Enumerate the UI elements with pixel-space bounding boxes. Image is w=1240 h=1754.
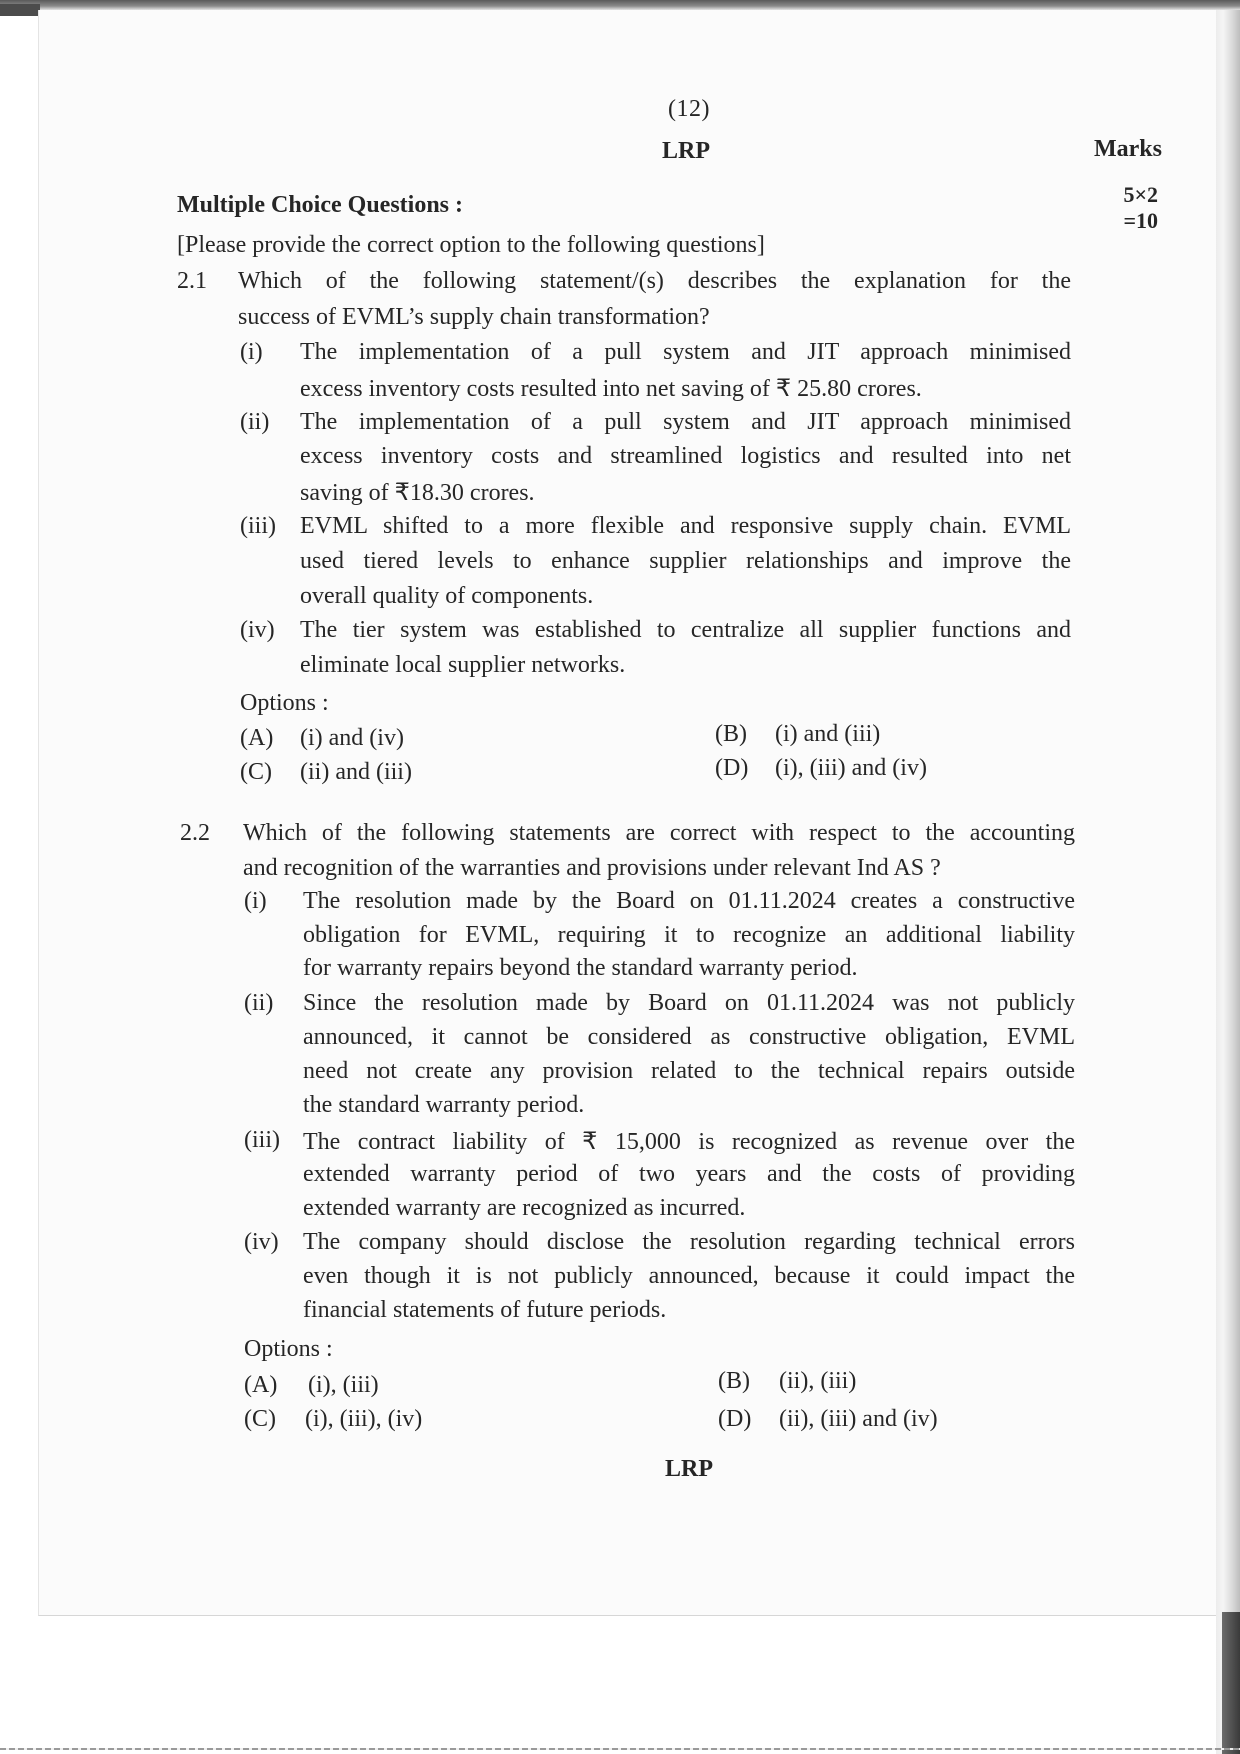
scan-bottom-edge	[0, 1748, 1240, 1750]
statement-line: excess inventory costs resulted into net…	[300, 374, 922, 403]
statement-label: (ii)	[240, 409, 269, 436]
section-instruction: [Please provide the correct option to th…	[177, 232, 765, 259]
option-c-text: (i), (iii), (iv)	[305, 1406, 422, 1433]
section-title: Multiple Choice Questions :	[177, 192, 463, 219]
statement-line: extended warranty period of two years an…	[303, 1161, 1075, 1188]
marks-value-line1: 5×2	[1123, 182, 1158, 208]
statement-line: financial statements of future periods.	[303, 1297, 666, 1324]
statement-line: EVML shifted to a more flexible and resp…	[300, 513, 1071, 540]
option-d-label: (D)	[718, 1406, 751, 1433]
question-text-line: success of EVML’s supply chain transform…	[238, 304, 710, 331]
statement-line: The implementation of a pull system and …	[300, 339, 1071, 366]
statement-line: for warranty repairs beyond the standard…	[303, 955, 857, 982]
statement-line: announced, it cannot be considered as co…	[303, 1024, 1075, 1051]
marks-value-line2: =10	[1123, 208, 1158, 234]
page-number: (12)	[0, 96, 1240, 123]
question-number: 2.1	[177, 268, 207, 295]
statement-line: extended warranty are recognized as incu…	[303, 1195, 745, 1222]
option-c-label: (C)	[244, 1406, 276, 1433]
option-d-text: (ii), (iii) and (iv)	[779, 1406, 938, 1433]
marks-value: 5×2 =10	[1123, 182, 1158, 234]
footer-code: LRP	[0, 1456, 1240, 1483]
statement-label: (iii)	[240, 513, 276, 540]
statement-line: The company should disclose the resoluti…	[303, 1229, 1075, 1256]
statement-line: used tiered levels to enhance supplier r…	[300, 548, 1071, 575]
option-c-text: (ii) and (iii)	[300, 759, 412, 786]
option-a-text: (i) and (iv)	[300, 725, 404, 752]
statement-line: The tier system was established to centr…	[300, 617, 1071, 644]
scan-right-shadow	[1222, 1612, 1240, 1754]
statement-label: (i)	[240, 339, 263, 366]
option-d-label: (D)	[715, 755, 748, 782]
statement-label: (iv)	[244, 1229, 279, 1256]
option-b-label: (B)	[715, 721, 747, 748]
statement-line: The resolution made by the Board on 01.1…	[303, 888, 1075, 915]
question-text-line: Which of the following statement/(s) des…	[238, 268, 1071, 295]
option-a-label: (A)	[240, 725, 273, 752]
header-code: LRP	[0, 138, 1240, 165]
statement-label: (iii)	[244, 1127, 280, 1154]
option-a-text: (i), (iii)	[308, 1372, 379, 1399]
scan-right-edge	[1216, 10, 1240, 1754]
marks-label: Marks	[1094, 136, 1162, 163]
statement-line: The contract liability of ₹ 15,000 is re…	[303, 1127, 1075, 1156]
options-label: Options :	[240, 690, 329, 717]
statement-label: (iv)	[240, 617, 275, 644]
question-text-line: Which of the following statements are co…	[243, 820, 1075, 847]
statement-line: eliminate local supplier networks.	[300, 652, 625, 679]
statement-line: Since the resolution made by Board on 01…	[303, 990, 1075, 1017]
statement-line: excess inventory costs and streamlined l…	[300, 443, 1071, 470]
scan-top-edge	[0, 0, 1240, 10]
statement-line: The implementation of a pull system and …	[300, 409, 1071, 436]
statement-line: obligation for EVML, requiring it to rec…	[303, 922, 1075, 949]
statement-label: (ii)	[244, 990, 273, 1017]
statement-line: even though it is not publicly announced…	[303, 1263, 1075, 1290]
option-b-text: (i) and (iii)	[775, 721, 880, 748]
question-number: 2.2	[180, 820, 210, 847]
option-d-text: (i), (iii) and (iv)	[775, 755, 927, 782]
option-b-label: (B)	[718, 1368, 750, 1395]
scan-corner-mark	[0, 4, 40, 16]
option-b-text: (ii), (iii)	[779, 1368, 856, 1395]
statement-line: need not create any provision related to…	[303, 1058, 1075, 1085]
option-c-label: (C)	[240, 759, 272, 786]
statement-line: overall quality of components.	[300, 583, 593, 610]
statement-line: saving of ₹18.30 crores.	[300, 478, 535, 507]
option-a-label: (A)	[244, 1372, 277, 1399]
options-label: Options :	[244, 1336, 333, 1363]
statement-label: (i)	[244, 888, 267, 915]
statement-line: the standard warranty period.	[303, 1092, 584, 1119]
question-text-line: and recognition of the warranties and pr…	[243, 855, 941, 882]
